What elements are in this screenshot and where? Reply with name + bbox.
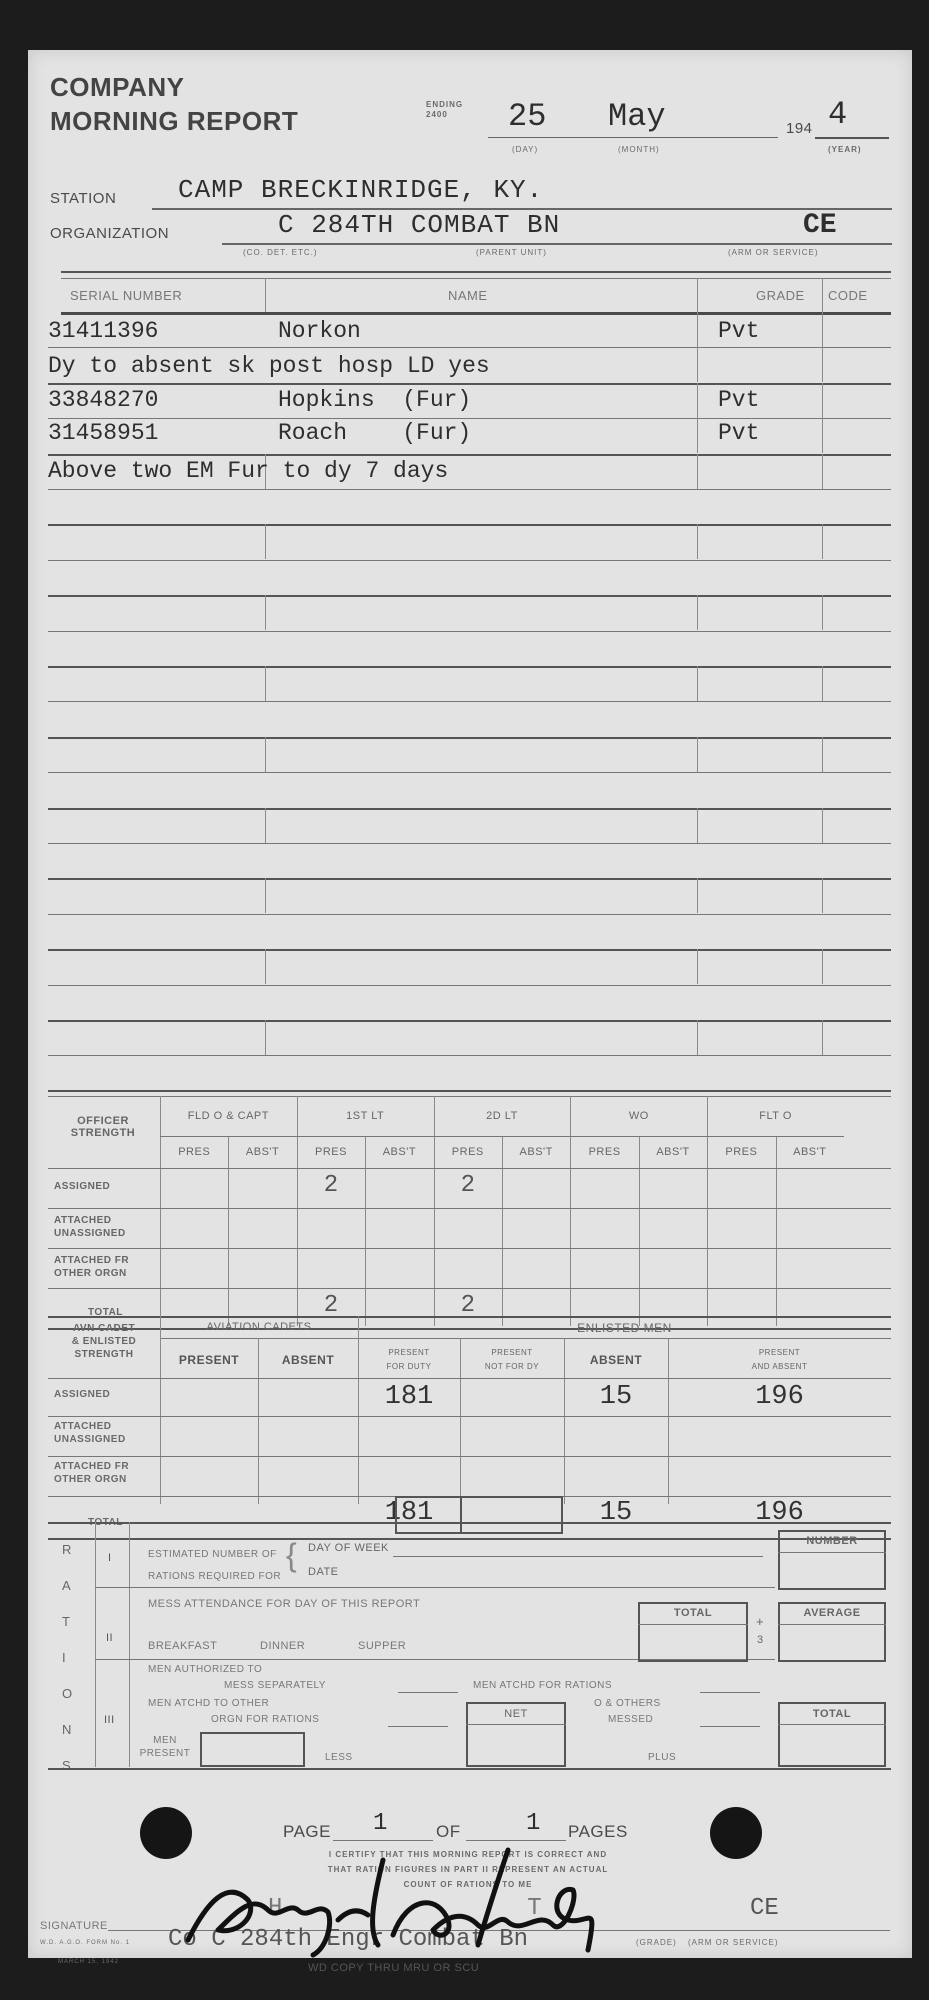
col-divider [822,1020,823,1055]
enlisted-sub-header: PRESENT [160,1353,258,1367]
col-divider [460,1338,461,1504]
officer-sub-header: ABS'T [365,1146,433,1158]
organization-underline [222,243,892,245]
col-serial-number: SERIAL NUMBER [70,288,182,303]
roster-row-rule [48,454,891,456]
officer-table-top-2 [48,1096,891,1097]
entry-name: Roach (Fur) [278,420,471,446]
aviation-cadets-header: AVIATION CADETS [160,1321,358,1333]
number-label: NUMBER [778,1535,886,1547]
col-divider [822,666,823,701]
col-divider [697,278,698,312]
col-divider [707,1096,708,1326]
day-caption: (DAY) [512,145,538,154]
col-divider [697,595,698,630]
col-divider [697,949,698,984]
col-divider [697,383,698,418]
arm-of-service-value: CE [803,210,837,241]
day-of-week-label: DAY OF WEEK [308,1542,389,1554]
total3-label: TOTAL [778,1708,886,1720]
entry-grade: Pvt [718,318,759,344]
pages-label: PAGES [568,1822,628,1842]
year-underline [815,137,889,139]
net-label: NET [466,1708,566,1720]
entry-grade: Pvt [718,387,759,413]
col-divider [697,524,698,559]
enlisted-sub-header: ABSENT [258,1353,358,1367]
officer-group-header: 1ST LT [297,1110,434,1122]
month-caption: (MONTH) [618,145,660,154]
officer-sub-header: ABS'T [639,1146,707,1158]
roster-row-rule [48,524,891,526]
officer-strength-title: OFFICER STRENGTH [48,1115,158,1139]
officer-group-header: FLT O [707,1110,844,1122]
enlisted-sub-header: PRESENTAND ABSENT [668,1346,891,1374]
officer-sub-header: ABS'T [776,1146,844,1158]
org-caption-co: (CO. DET. ETC.) [243,248,318,257]
col-divider [570,1096,571,1326]
officer-count: 2 [434,1172,502,1199]
col-divider [258,1338,259,1504]
col-divider [365,1136,366,1326]
form-title-morning-report: MORNING REPORT [50,106,298,137]
officer-strength-title-1: OFFICER [48,1115,158,1127]
section-III: III [104,1714,115,1726]
roster-row-rule [48,560,891,561]
col-divider [822,312,823,347]
roster-row-rule [48,949,891,951]
col-divider [697,878,698,913]
box-rule [778,1552,886,1553]
box-rule [466,1724,566,1725]
roster-row-rule [48,1020,891,1022]
col-divider [265,595,266,630]
enlisted-sub-header: PRESENTFOR DUTY [358,1346,460,1374]
officer-sub-header: PRES [707,1146,775,1158]
rations-vertical-letter: R [62,1542,72,1557]
roster-row-rule [48,595,891,597]
day-of-week-line [393,1556,763,1557]
col-divider [822,524,823,559]
col-divider [460,1496,462,1534]
men-present-box [200,1732,305,1767]
page-total: 1 [526,1810,540,1837]
men-atchd-rations-label: MEN ATCHD FOR RATIONS [473,1680,612,1691]
col-divider [160,1096,161,1326]
col-divider [265,949,266,984]
entry-name: Hopkins (Fur) [278,387,471,413]
rations-bottom [48,1768,891,1770]
col-divider [95,1522,96,1767]
officer-table-top [48,1090,891,1092]
ending-label: ENDING 2400 [426,100,460,120]
orgn-for-rations-label: ORGN FOR RATIONS [211,1714,319,1725]
officer-group-header: FLD O & CAPT [160,1110,297,1122]
col-divider [697,1020,698,1055]
form-title-company: COMPANY [50,72,184,103]
rations-vertical-letter: S [62,1758,71,1773]
col-divider [668,1338,669,1504]
subheader-rule [160,1338,891,1339]
report-month: May [608,98,666,135]
roster-row-rule [48,701,891,702]
enlisted-men-header: ENLISTED MEN [358,1321,891,1335]
col-divider [822,383,823,418]
roster-row-rule [48,843,891,844]
officer-row-label: ATTACHED FROTHER ORGN [54,1254,129,1280]
roster-row-rule [48,631,891,632]
enlisted-count: 15 [564,1382,668,1412]
report-day: 25 [508,98,546,135]
box-rule [778,1724,886,1725]
col-divider [564,1338,565,1504]
row-rule [48,1456,891,1457]
divide-three: 3 [757,1634,764,1646]
enlisted-strength-title: AVN CADET& ENLISTEDSTRENGTH [48,1322,160,1361]
roster-row-rule [48,737,891,739]
col-divider [265,278,266,312]
breakfast-label: BREAKFAST [148,1640,217,1652]
roster-row-rule [48,985,891,986]
enlisted-row-label: ASSIGNED [54,1388,110,1401]
officer-sub-header: PRES [160,1146,228,1158]
roster-row-rule [48,878,891,880]
dinner-label: DINNER [260,1640,305,1652]
fill-line [700,1726,760,1727]
total-label: TOTAL [638,1607,748,1619]
wd-copy-note: WD COPY THRU MRU OR SCU [308,1962,479,1974]
officer-count: 2 [297,1172,365,1199]
year-caption: (YEAR) [828,145,862,154]
morning-report-form: COMPANY MORNING REPORT ENDING 2400 25 Ma… [28,50,912,1958]
header-row-rule [61,312,891,315]
row-rule [48,1168,891,1169]
signature-label: SIGNATURE [40,1920,108,1932]
col-divider [697,312,698,347]
men-atchd-other-label: MEN ATCHD TO OTHER [148,1698,269,1709]
row-rule [48,1288,891,1289]
supper-label: SUPPER [358,1640,406,1652]
col-code: CODE [828,288,868,303]
entry-remark: Dy to absent sk post hosp LD yes [48,353,490,379]
col-divider [697,737,698,772]
col-divider [265,524,266,559]
col-divider [265,1020,266,1055]
page-label: PAGE [283,1822,331,1842]
roster-row-rule [48,772,891,773]
form-date: MARCH 15, 1942 [58,1959,119,1965]
roster-row-rule [48,808,891,810]
enlisted-sub-header: PRESENTNOT FOR DY [460,1346,564,1374]
rations-table-top [48,1522,891,1524]
col-divider [129,1522,130,1767]
entry-serial: 33848270 [48,387,158,413]
col-divider [822,278,823,312]
date-underline [488,137,778,138]
entry-remark: Above two EM Fur to dy 7 days [48,458,448,484]
mess-separately-label: MESS SEPARATELY [224,1680,326,1691]
station-value: CAMP BRECKINRIDGE, KY. [178,175,543,205]
enlisted-row-label: ATTACHED FROTHER ORGN [54,1460,129,1486]
roster-row-rule [48,1055,891,1056]
table-bottom [48,1538,891,1540]
fill-line [700,1692,760,1693]
box-rule [778,1624,886,1625]
col-divider [160,1316,161,1504]
messed-label: MESSED [608,1714,653,1725]
station-label: STATION [50,190,116,207]
row-rule [48,1416,891,1417]
officer-row-label: ASSIGNED [54,1180,110,1193]
officer-count: 2 [297,1292,365,1319]
box-rule [638,1624,748,1625]
col-divider [265,737,266,772]
col-divider [822,418,823,453]
col-divider [822,454,823,489]
col-divider [697,418,698,453]
men-present-label: MENPRESENT [130,1734,200,1760]
typed-arm: CE [750,1895,779,1922]
row-rule [48,1248,891,1249]
section-I: I [108,1552,112,1564]
less-label: LESS [325,1752,353,1763]
officer-sub-header: ABS'T [228,1146,296,1158]
rations-vertical-letter: O [62,1686,73,1701]
col-divider [822,347,823,382]
fill-line [398,1692,458,1693]
col-divider [822,595,823,630]
roster-row-rule [48,666,891,668]
col-name: NAME [448,288,488,303]
col-divider [502,1136,503,1326]
org-caption-arm: (ARM OR SERVICE) [728,248,819,257]
officer-sub-header: ABS'T [502,1146,570,1158]
roster-row-rule [48,347,891,348]
entry-serial: 31411396 [48,318,158,344]
total-present-box [395,1496,563,1534]
plus-label: PLUS [648,1752,676,1763]
roster-row-rule [48,914,891,915]
col-divider [265,666,266,701]
enlisted-count: 181 [358,1382,460,1412]
enlisted-table-top [48,1316,891,1318]
roster-row-rule [48,383,891,385]
officer-row-label: ATTACHEDUNASSIGNED [54,1214,126,1240]
fill-line [388,1726,448,1727]
date-label: DATE [308,1566,339,1578]
col-divider [228,1136,229,1326]
form-number: W.D. A.G.O. FORM No. 1 [40,1940,130,1946]
rations-vertical-letter: T [62,1614,70,1629]
rations-vertical-letter: N [62,1722,72,1737]
entry-name: Norkon [278,318,361,344]
enlisted-row-label: ATTACHEDUNASSIGNED [54,1420,126,1446]
of-label: OF [436,1822,461,1842]
estimated-rations-label: ESTIMATED NUMBER OFRATIONS REQUIRED FOR [148,1544,281,1588]
brace: { [286,1537,297,1574]
col-divider [697,808,698,843]
col-divider [697,454,698,489]
org-caption-parent: (PARENT UNIT) [476,248,547,257]
entry-grade: Pvt [718,420,759,446]
average-label: AVERAGE [778,1607,886,1619]
roster-row-rule [48,489,891,490]
col-divider [776,1136,777,1326]
row-rule [48,1208,891,1209]
header-divider-top [61,271,891,273]
col-divider [822,949,823,984]
mess-attendance-label: MESS ATTENDANCE FOR DAY OF THIS REPORT [148,1598,420,1610]
subheader-rule [160,1136,844,1137]
page-number: 1 [373,1810,387,1837]
officer-strength-title-2: STRENGTH [48,1127,158,1139]
col-divider [265,808,266,843]
officer-group-header: 2D LT [434,1110,571,1122]
plus-sign: + [756,1614,764,1629]
officer-group-header: WO [570,1110,707,1122]
col-divider [265,878,266,913]
col-divider [639,1136,640,1326]
report-year-digit: 4 [828,96,847,133]
officer-count: 2 [434,1292,502,1319]
handwritten-signature [178,1840,738,1960]
col-divider [697,347,698,382]
enlisted-sub-header: ABSENT [564,1353,668,1367]
organization-label: ORGANIZATION [50,225,169,242]
entry-serial: 31458951 [48,420,158,446]
year-prefix: 194 [786,120,813,137]
col-divider [822,808,823,843]
rations-vertical-letter: A [62,1578,71,1593]
enlisted-count: 196 [668,1382,891,1412]
o-others-label: O & OTHERS [594,1698,661,1709]
officer-sub-header: PRES [570,1146,638,1158]
men-authorized-label: MEN AUTHORIZED TO [148,1664,262,1675]
col-divider [697,666,698,701]
col-divider [822,878,823,913]
rations-vertical-letter: I [62,1650,66,1665]
officer-sub-header: PRES [434,1146,502,1158]
section-II: II [106,1632,113,1644]
officer-sub-header: PRES [297,1146,365,1158]
row-rule [48,1378,891,1379]
col-grade: GRADE [756,288,805,303]
header-divider-bottom [61,278,891,279]
organization-value: C 284TH COMBAT BN [278,210,560,240]
col-divider [822,737,823,772]
